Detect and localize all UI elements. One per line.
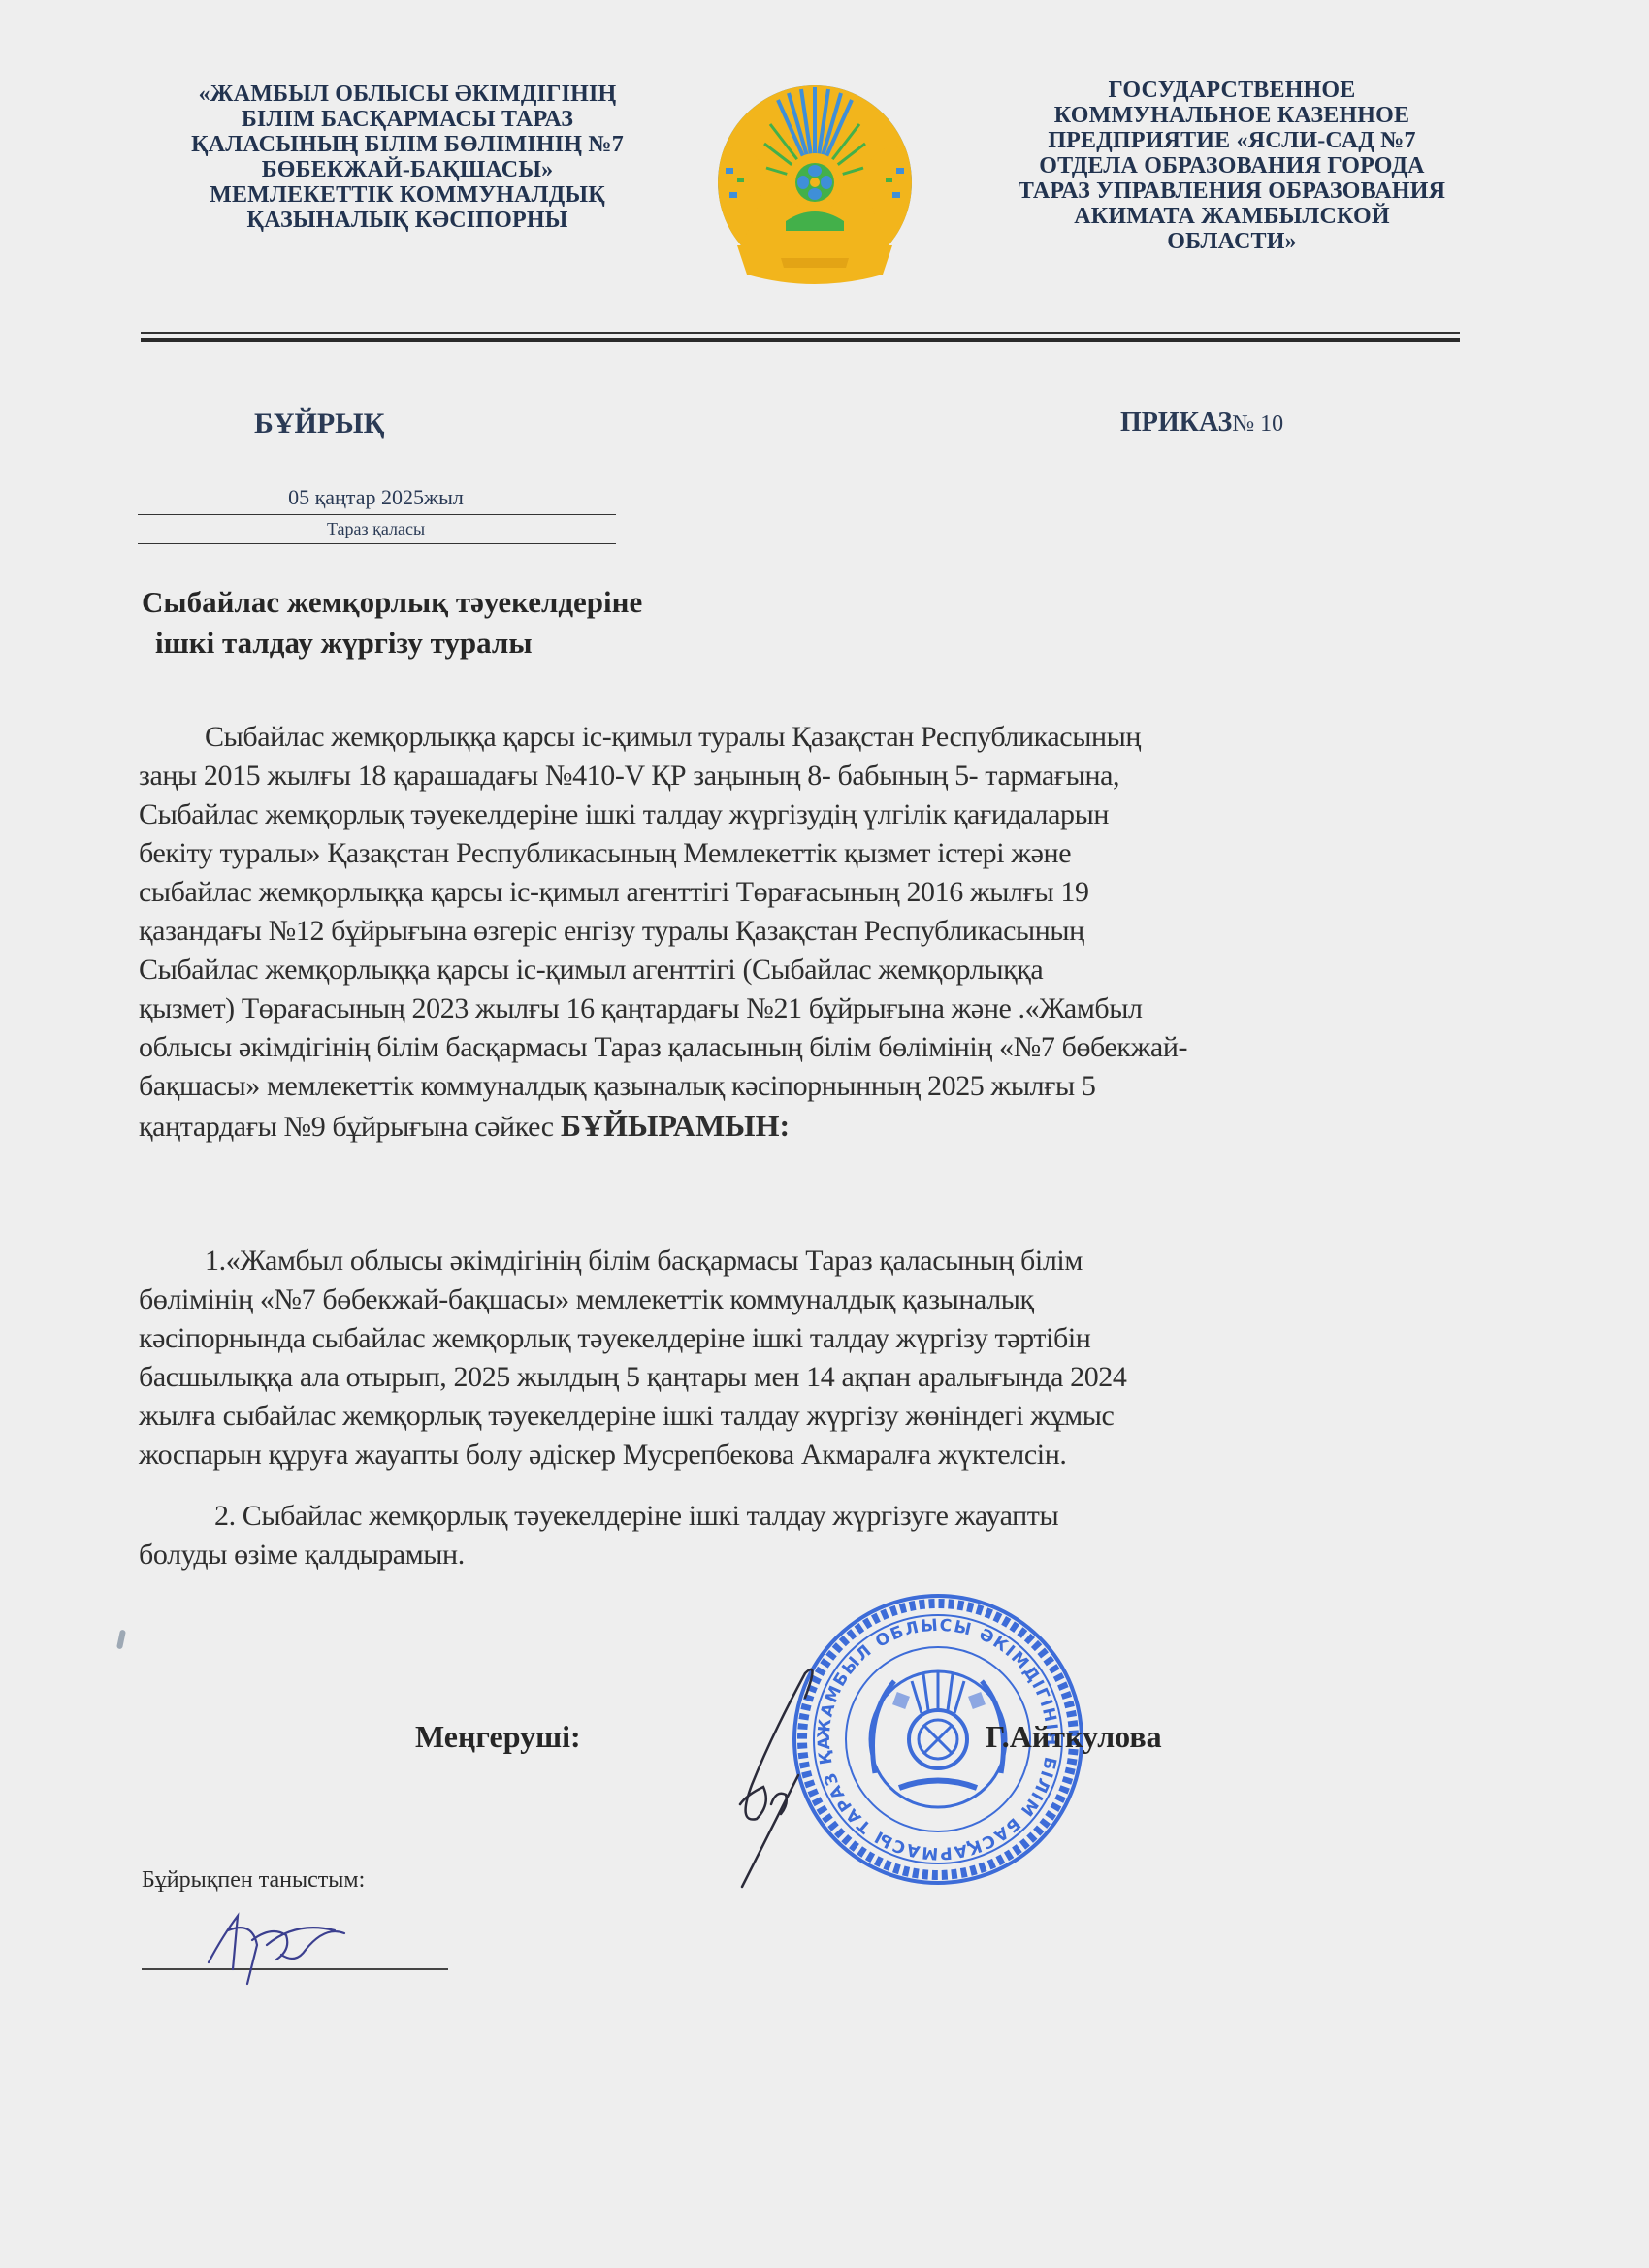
body-line: болуды өзіме қалдырамын. — [139, 1536, 1477, 1574]
header-divider-thin — [141, 332, 1460, 334]
body-line: қаңтардағы №9 бұйрығына сәйкес БҰЙЫРАМЫН… — [139, 1106, 1477, 1147]
org-name-ru-line: ПРЕДПРИЯТИЕ «ЯСЛИ-САД №7 — [989, 128, 1474, 153]
org-name-ru: ГОСУДАРСТВЕННОЕ КОММУНАЛЬНОЕ КАЗЕННОЕ ПР… — [989, 78, 1474, 254]
org-name-kz-line: ҚАЛАСЫНЫҢ БІЛІМ БӨЛІМІНІҢ №7 — [145, 132, 669, 157]
org-name-ru-line: АКИМАТА ЖАМБЫЛСКОЙ — [989, 204, 1474, 229]
order-city: Тараз қаласы — [136, 519, 616, 539]
org-name-ru-line: ОТДЕЛА ОБРАЗОВАНИЯ ГОРОДА — [989, 153, 1474, 178]
decree-word: БҰЙЫРАМЫН: — [561, 1108, 790, 1143]
org-name-kz-line: БІЛІМ БАСҚАРМАСЫ ТАРАЗ — [145, 107, 669, 132]
body-line-text: қаңтардағы №9 бұйрығына сәйкес — [139, 1111, 561, 1143]
body-line: бөлімінің «№7 бөбекжай-бақшасы» мемлекет… — [139, 1280, 1477, 1319]
head-signature — [713, 1659, 849, 1892]
org-name-kz: «ЖАМБЫЛ ОБЛЫСЫ ӘКІМДІГІНІҢ БІЛІМ БАСҚАРМ… — [145, 81, 669, 233]
body-line: бекіту туралы» Қазақстан Республикасының… — [139, 834, 1477, 873]
body-line: Сыбайлас жемқорлыққа қарсы іс-қимыл тура… — [139, 718, 1477, 757]
org-name-ru-line: ОБЛАСТИ» — [989, 229, 1474, 254]
document-title-line: ішкі талдау жүргізу туралы — [142, 623, 642, 664]
order-item-2: 2. Сыбайлас жемқорлық тәуекелдеріне ішкі… — [139, 1497, 1477, 1574]
body-line: жылға сыбайлас жемқорлық тәуекелдеріне і… — [139, 1397, 1477, 1436]
signatory-position: Меңгеруші: — [415, 1719, 581, 1755]
body-line: қазандағы №12 бұйрығына өзгеріс енгізу т… — [139, 912, 1477, 951]
body-line: бақшасы» мемлекеттік коммуналдық қазынал… — [139, 1067, 1477, 1106]
document-title-line: Сыбайлас жемқорлық тәуекелдеріне — [142, 582, 642, 623]
org-name-ru-line: КОММУНАЛЬНОЕ КАЗЕННОЕ — [989, 103, 1474, 128]
body-line: облысы әкімдігінің білім басқармасы Тара… — [139, 1028, 1477, 1067]
body-line: 2. Сыбайлас жемқорлық тәуекелдеріне ішкі… — [139, 1497, 1477, 1536]
order-label-ru: ПРИКАЗ№ 10 — [1120, 407, 1283, 438]
body-line: сыбайлас жемқорлыққа қарсы іс-қимыл аген… — [139, 873, 1477, 912]
body-line: заңы 2015 жылғы 18 қарашадағы №410-V ҚР … — [139, 757, 1477, 795]
org-name-kz-line: ҚАЗЫНАЛЫҚ КӘСІПОРНЫ — [145, 208, 669, 233]
date-underline — [138, 514, 616, 515]
body-line: қызмет) Төрағасының 2023 жылғы 16 қаңтар… — [139, 989, 1477, 1028]
org-name-kz-line: МЕМЛЕКЕТТІК КОММУНАЛДЫҚ — [145, 182, 669, 208]
order-label-ru-text: ПРИКАЗ — [1120, 407, 1232, 437]
document-title: Сыбайлас жемқорлық тәуекелдеріне ішкі та… — [142, 582, 642, 664]
org-name-ru-line: ТАРАЗ УПРАВЛЕНИЯ ОБРАЗОВАНИЯ — [989, 178, 1474, 204]
acknowledgement-signature — [199, 1906, 354, 2003]
order-number: № 10 — [1232, 411, 1283, 437]
order-item-1: 1.«Жамбыл облысы әкімдігінің білім басқа… — [139, 1242, 1477, 1474]
order-label-kz: БҰЙРЫҚ — [254, 407, 384, 440]
preamble-paragraph: Сыбайлас жемқорлыққа қарсы іс-қимыл тура… — [139, 718, 1477, 1147]
header-divider-thick — [141, 338, 1460, 342]
body-line: жоспарын құруға жауапты болу әдіскер Мус… — [139, 1436, 1477, 1474]
org-name-kz-line: «ЖАМБЫЛ ОБЛЫСЫ ӘКІМДІГІНІҢ — [145, 81, 669, 107]
body-line: Сыбайлас жемқорлық тәуекелдеріне ішкі та… — [139, 795, 1477, 834]
state-emblem-icon — [708, 76, 921, 299]
signatory-name: Г.Айткулова — [986, 1719, 1162, 1755]
scan-artifact — [116, 1630, 126, 1650]
order-date: 05 қаңтар 2025жыл — [136, 485, 616, 510]
body-line: басшылыққа ала отырып, 2025 жылдың 5 қаң… — [139, 1358, 1477, 1397]
body-line: кәсіпорнында сыбайлас жемқорлық тәуекелд… — [139, 1319, 1477, 1358]
org-name-kz-line: БӨБЕКЖАЙ-БАҚШАСЫ» — [145, 157, 669, 182]
body-line: 1.«Жамбыл облысы әкімдігінің білім басқа… — [139, 1242, 1477, 1280]
city-underline — [138, 543, 616, 544]
org-name-ru-line: ГОСУДАРСТВЕННОЕ — [989, 78, 1474, 103]
body-line: Сыбайлас жемқорлыққа қарсы іс-қимыл аген… — [139, 951, 1477, 989]
acknowledgement-label: Бұйрықпен таныстым: — [142, 1867, 365, 1894]
